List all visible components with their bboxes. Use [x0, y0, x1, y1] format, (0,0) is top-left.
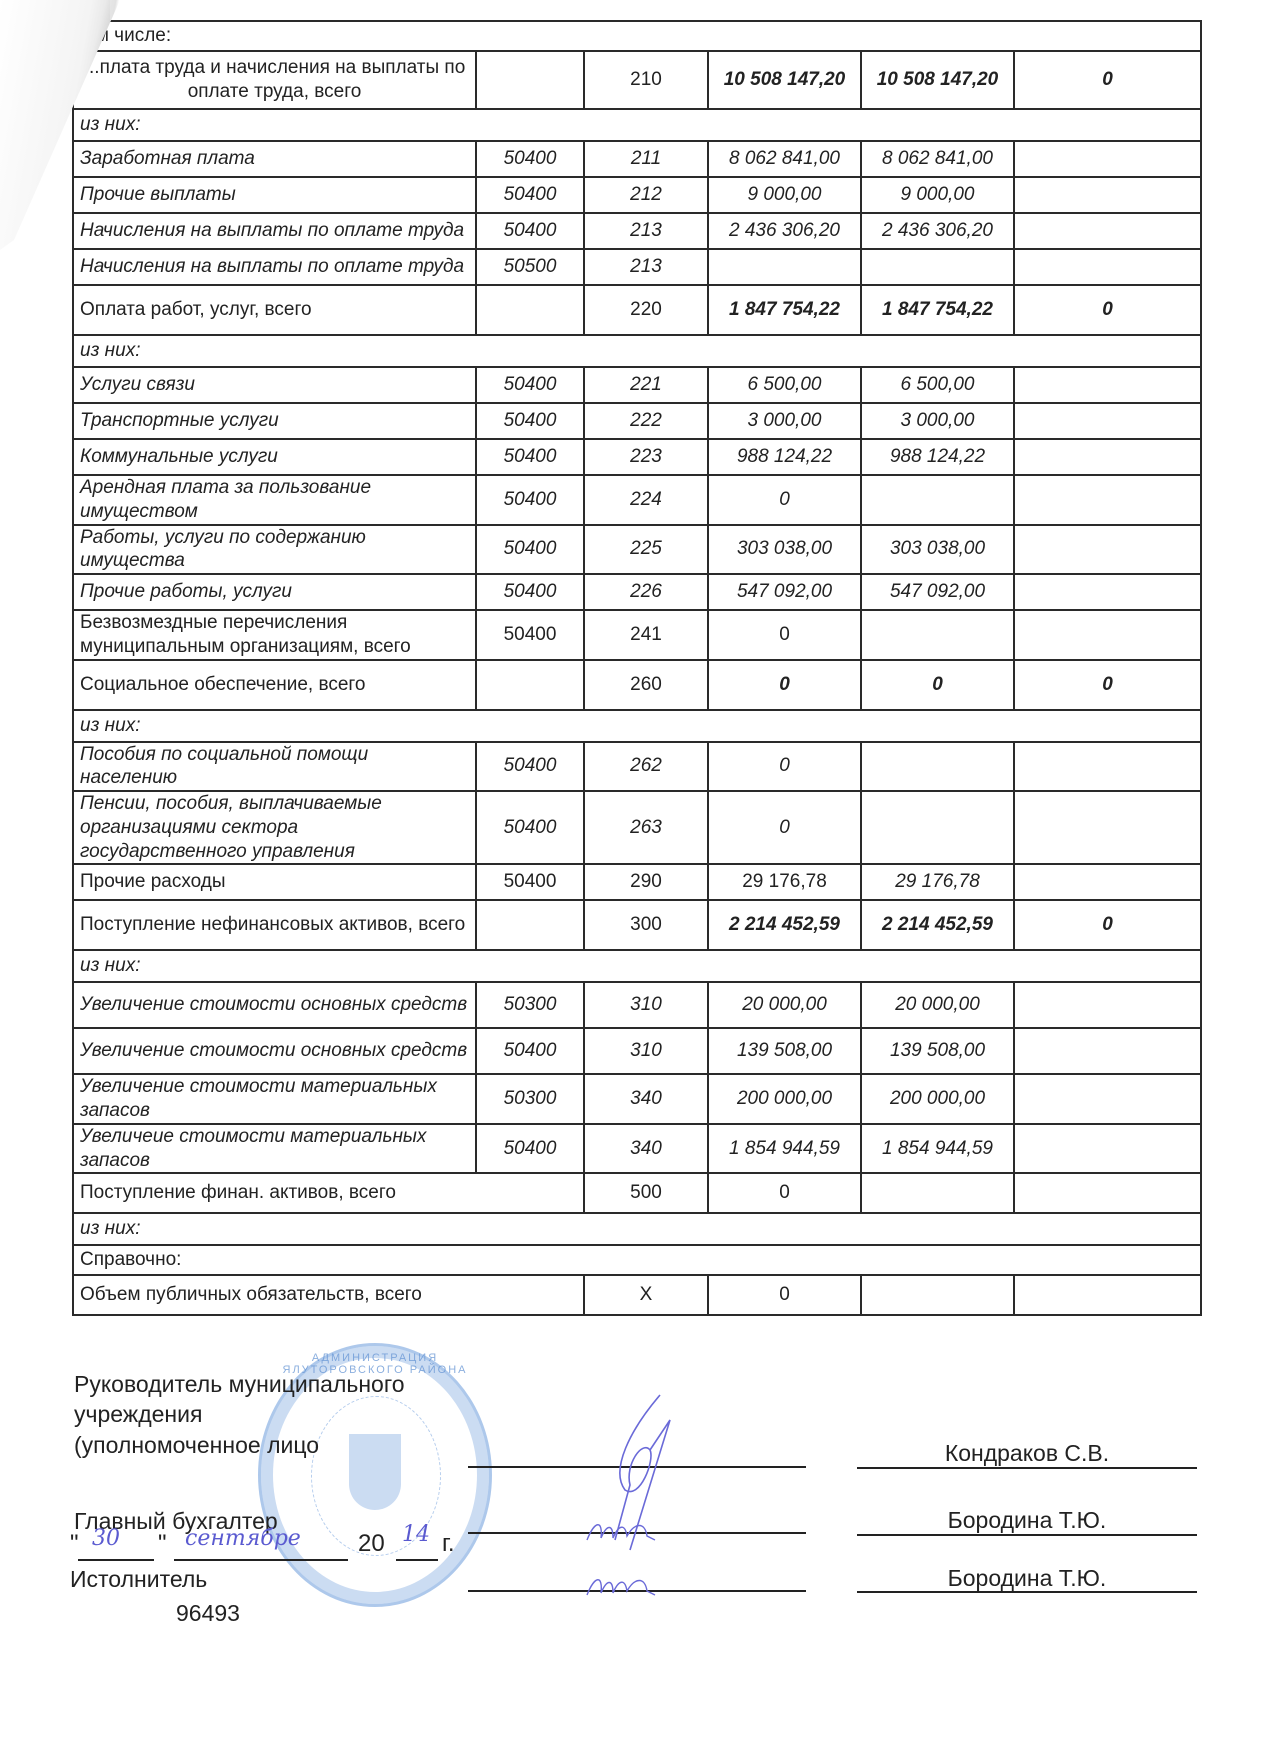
executor-label: Истолнитель: [70, 1565, 207, 1594]
subsidy-code: 50400: [476, 791, 584, 864]
table-row: Транспортные услуги504002223 000,003 000…: [73, 403, 1201, 439]
subsidy-code: 50400: [476, 475, 584, 525]
table-row: ...м числе:: [73, 21, 1201, 51]
subsidy-code: 50400: [476, 367, 584, 403]
official-stamp: АДМИНИСТРАЦИЯ ЯЛУТОРОВСКОГО РАЙОНА: [258, 1343, 492, 1607]
head-label-2: учреждения: [74, 1400, 202, 1429]
executor-signature-line: [468, 1590, 806, 1592]
fact-value: 200 000,00: [861, 1074, 1014, 1124]
head-name-line: [857, 1467, 1197, 1469]
row-name: Увеличение стоимости основных средств: [73, 982, 476, 1028]
deviation-value: [1014, 177, 1201, 213]
section-label: из них:: [73, 335, 1201, 367]
row-name: Увеличеие стоимости материальных запасов: [73, 1124, 476, 1174]
kosgu-code: 310: [584, 982, 708, 1028]
deviation-value: [1014, 864, 1201, 900]
plan-value: 0: [708, 1275, 861, 1315]
row-name: Работы, услуги по содержанию имущества: [73, 525, 476, 575]
deviation-value: [1014, 982, 1201, 1028]
date-close-quote: ": [158, 1530, 167, 1558]
table-row: Поступление нефинансовых активов, всего3…: [73, 900, 1201, 950]
subsidy-code: 50400: [476, 742, 584, 792]
executor-name: Бородина Т.Ю.: [857, 1565, 1197, 1592]
subsidy-code: [476, 660, 584, 710]
table-row: Прочие расходы5040029029 176,7829 176,78: [73, 864, 1201, 900]
kosgu-code: 224: [584, 475, 708, 525]
plan-value: 988 124,22: [708, 439, 861, 475]
table-row: Начисления на выплаты по оплате труда504…: [73, 213, 1201, 249]
subsidy-code: 50400: [476, 610, 584, 660]
subsidy-code: 50400: [476, 439, 584, 475]
head-name: Кондраков С.В.: [857, 1440, 1197, 1467]
subsidy-code: 50400: [476, 1124, 584, 1174]
plan-value: 0: [708, 742, 861, 792]
kosgu-code: 223: [584, 439, 708, 475]
deviation-value: [1014, 1074, 1201, 1124]
row-name: Начисления на выплаты по оплате труда: [73, 249, 476, 285]
row-name: Услуги связи: [73, 367, 476, 403]
kosgu-code: 262: [584, 742, 708, 792]
plan-value: 10 508 147,20: [708, 51, 861, 109]
fact-value: [861, 791, 1014, 864]
plan-value: 303 038,00: [708, 525, 861, 575]
kosgu-code: 212: [584, 177, 708, 213]
coat-of-arms-icon: [349, 1434, 401, 1510]
stamp-inner-ring: [311, 1396, 441, 1556]
kosgu-code: 241: [584, 610, 708, 660]
subsidy-code: 50400: [476, 864, 584, 900]
plan-value: 0: [708, 610, 861, 660]
deviation-value: [1014, 1275, 1201, 1315]
deviation-value: [1014, 213, 1201, 249]
kosgu-code: X: [584, 1275, 708, 1315]
table-row: Увеличеие стоимости материальных запасов…: [73, 1124, 1201, 1174]
row-name: Объем публичных обязательств, всего: [73, 1275, 584, 1315]
subsidy-code: 50400: [476, 574, 584, 610]
kosgu-code: 340: [584, 1074, 708, 1124]
kosgu-code: 263: [584, 791, 708, 864]
row-name: Социальное обеспечение, всего: [73, 660, 476, 710]
head-signature-icon: [570, 1390, 730, 1560]
table-row: Оплата работ, услуг, всего2201 847 754,2…: [73, 285, 1201, 335]
deviation-value: [1014, 525, 1201, 575]
fact-value: 139 508,00: [861, 1028, 1014, 1074]
row-name: Поступление финан. активов, всего: [73, 1173, 584, 1213]
kosgu-code: 290: [584, 864, 708, 900]
table-row: Коммунальные услуги50400223988 124,22988…: [73, 439, 1201, 475]
plan-value: 0: [708, 660, 861, 710]
row-name: Транспортные услуги: [73, 403, 476, 439]
deviation-value: [1014, 249, 1201, 285]
kosgu-code: 300: [584, 900, 708, 950]
accountant-name-line: [857, 1534, 1197, 1536]
section-label: ...м числе:: [73, 21, 1201, 51]
subsidy-code: 50400: [476, 213, 584, 249]
date-year-suffix: 14: [402, 1522, 430, 1547]
budget-table: ...м числе:...плата труда и начисления н…: [72, 20, 1202, 1316]
table-row: Социальное обеспечение, всего260000: [73, 660, 1201, 710]
kosgu-code: 211: [584, 141, 708, 177]
plan-value: 0: [708, 1173, 861, 1213]
row-name: Прочие работы, услуги: [73, 574, 476, 610]
accountant-name: Бородина Т.Ю.: [857, 1507, 1197, 1534]
table-row: из них:: [73, 335, 1201, 367]
subsidy-code: 50400: [476, 403, 584, 439]
plan-value: 29 176,78: [708, 864, 861, 900]
kosgu-code: 220: [584, 285, 708, 335]
plan-value: 3 000,00: [708, 403, 861, 439]
table-row: Объем публичных обязательств, всегоX0: [73, 1275, 1201, 1315]
table-row: Безвозмездные перечисления муниципальным…: [73, 610, 1201, 660]
subsidy-code: 50400: [476, 141, 584, 177]
date-day: 30: [92, 1526, 120, 1551]
table-row: Увеличение стоимости основных средств503…: [73, 982, 1201, 1028]
fact-value: 2 436 306,20: [861, 213, 1014, 249]
plan-value: 0: [708, 475, 861, 525]
deviation-value: [1014, 574, 1201, 610]
fact-value: [861, 1275, 1014, 1315]
table-row: Прочие выплаты504002129 000,009 000,00: [73, 177, 1201, 213]
row-name: Увеличение стоимости основных средств: [73, 1028, 476, 1074]
fact-value: 9 000,00: [861, 177, 1014, 213]
head-label-3: (уполномоченное лицо: [74, 1431, 319, 1460]
fact-value: [861, 1173, 1014, 1213]
table-row: Арендная плата за пользование имуществом…: [73, 475, 1201, 525]
plan-value: [708, 249, 861, 285]
plan-value: 200 000,00: [708, 1074, 861, 1124]
kosgu-code: 225: [584, 525, 708, 575]
plan-value: 1 854 944,59: [708, 1124, 861, 1174]
table-row: Прочие работы, услуги50400226547 092,005…: [73, 574, 1201, 610]
row-name: Прочие расходы: [73, 864, 476, 900]
table-row: Пенсии, пособия, выплачиваемые организац…: [73, 791, 1201, 864]
fact-value: [861, 249, 1014, 285]
section-label: из них:: [73, 109, 1201, 141]
deviation-value: [1014, 141, 1201, 177]
row-name: Арендная плата за пользование имуществом: [73, 475, 476, 525]
subsidy-code: 50300: [476, 1074, 584, 1124]
stamp-text: АДМИНИСТРАЦИЯ ЯЛУТОРОВСКОГО РАЙОНА: [261, 1352, 489, 1376]
fact-value: 3 000,00: [861, 403, 1014, 439]
kosgu-code: 222: [584, 403, 708, 439]
kosgu-code: 221: [584, 367, 708, 403]
deviation-value: [1014, 791, 1201, 864]
fact-value: 2 214 452,59: [861, 900, 1014, 950]
row-name: Пособия по социальной помощи населению: [73, 742, 476, 792]
fact-value: 988 124,22: [861, 439, 1014, 475]
plan-value: 20 000,00: [708, 982, 861, 1028]
deviation-value: 0: [1014, 285, 1201, 335]
table-row: Пособия по социальной помощи населению50…: [73, 742, 1201, 792]
date-month-line: [174, 1559, 348, 1561]
plan-value: 9 000,00: [708, 177, 861, 213]
row-name: Прочие выплаты: [73, 177, 476, 213]
deviation-value: [1014, 1173, 1201, 1213]
table-row: из них:: [73, 109, 1201, 141]
deviation-value: [1014, 742, 1201, 792]
plan-value: 0: [708, 791, 861, 864]
fact-value: 8 062 841,00: [861, 141, 1014, 177]
fact-value: 6 500,00: [861, 367, 1014, 403]
table-row: ...плата труда и начисления на выплаты п…: [73, 51, 1201, 109]
date-open-quote: ": [70, 1530, 79, 1558]
section-label: из них:: [73, 710, 1201, 742]
row-name: Безвозмездные перечисления муниципальным…: [73, 610, 476, 660]
date-year-unit: г.: [442, 1530, 455, 1558]
row-name: Оплата работ, услуг, всего: [73, 285, 476, 335]
subsidy-code: 50500: [476, 249, 584, 285]
subsidy-code: [476, 51, 584, 109]
deviation-value: [1014, 475, 1201, 525]
row-name: ...плата труда и начисления на выплаты п…: [73, 51, 476, 109]
deviation-value: [1014, 610, 1201, 660]
section-label: Справочно:: [73, 1245, 1201, 1275]
section-label: из них:: [73, 1213, 1201, 1245]
deviation-value: [1014, 367, 1201, 403]
head-signature-line: [468, 1466, 806, 1468]
deviation-value: [1014, 439, 1201, 475]
row-name: Увеличение стоимости материальных запасо…: [73, 1074, 476, 1124]
fact-value: 303 038,00: [861, 525, 1014, 575]
plan-value: 139 508,00: [708, 1028, 861, 1074]
deviation-value: 0: [1014, 900, 1201, 950]
plan-value: 2 436 306,20: [708, 213, 861, 249]
kosgu-code: 226: [584, 574, 708, 610]
plan-value: 547 092,00: [708, 574, 861, 610]
section-label: из них:: [73, 950, 1201, 982]
kosgu-code: 340: [584, 1124, 708, 1174]
kosgu-code: 210: [584, 51, 708, 109]
deviation-value: [1014, 1028, 1201, 1074]
fact-value: 1 854 944,59: [861, 1124, 1014, 1174]
fact-value: 547 092,00: [861, 574, 1014, 610]
kosgu-code: 213: [584, 213, 708, 249]
table-row: Начисления на выплаты по оплате труда505…: [73, 249, 1201, 285]
date-year-prefix: 20: [358, 1530, 385, 1558]
subsidy-code: [476, 285, 584, 335]
deviation-value: [1014, 403, 1201, 439]
kosgu-code: 260: [584, 660, 708, 710]
plan-value: 6 500,00: [708, 367, 861, 403]
head-label-1: Руководитель муниципального: [74, 1370, 405, 1399]
deviation-value: [1014, 1124, 1201, 1174]
subsidy-code: 50400: [476, 525, 584, 575]
accountant-signature-line: [468, 1532, 806, 1534]
fact-value: 10 508 147,20: [861, 51, 1014, 109]
date-year-line: [396, 1559, 438, 1561]
subsidy-code: [476, 900, 584, 950]
accountant-label: Главный бухгалтер: [74, 1507, 278, 1536]
row-name: Заработная плата: [73, 141, 476, 177]
plan-value: 1 847 754,22: [708, 285, 861, 335]
table-row: Справочно:: [73, 1245, 1201, 1275]
fact-value: [861, 742, 1014, 792]
accountant-signature-icon: [585, 1510, 665, 1550]
deviation-value: 0: [1014, 51, 1201, 109]
table-row: из них:: [73, 950, 1201, 982]
executor-name-line: [857, 1591, 1197, 1593]
table-row: из них:: [73, 1213, 1201, 1245]
kosgu-code: 500: [584, 1173, 708, 1213]
date-month: сентябре: [185, 1526, 301, 1551]
row-name: Поступление нефинансовых активов, всего: [73, 900, 476, 950]
row-name: Коммунальные услуги: [73, 439, 476, 475]
table-row: из них:: [73, 710, 1201, 742]
fact-value: [861, 475, 1014, 525]
fact-value: 29 176,78: [861, 864, 1014, 900]
row-name: Пенсии, пособия, выплачиваемые организац…: [73, 791, 476, 864]
table-row: Заработная плата504002118 062 841,008 06…: [73, 141, 1201, 177]
fact-value: [861, 610, 1014, 660]
executor-signature-icon: [585, 1565, 665, 1605]
table-row: Увеличение стоимости материальных запасо…: [73, 1074, 1201, 1124]
table-row: Работы, услуги по содержанию имущества50…: [73, 525, 1201, 575]
table-row: Увеличение стоимости основных средств504…: [73, 1028, 1201, 1074]
subsidy-code: 50400: [476, 177, 584, 213]
kosgu-code: 213: [584, 249, 708, 285]
date-day-line: [78, 1559, 154, 1561]
table-row: Услуги связи504002216 500,006 500,00: [73, 367, 1201, 403]
plan-value: 8 062 841,00: [708, 141, 861, 177]
table-row: Поступление финан. активов, всего5000: [73, 1173, 1201, 1213]
fact-value: 0: [861, 660, 1014, 710]
fact-value: 20 000,00: [861, 982, 1014, 1028]
kosgu-code: 310: [584, 1028, 708, 1074]
fact-value: 1 847 754,22: [861, 285, 1014, 335]
executor-phone: 96493: [176, 1599, 240, 1628]
row-name: Начисления на выплаты по оплате труда: [73, 213, 476, 249]
deviation-value: 0: [1014, 660, 1201, 710]
plan-value: 2 214 452,59: [708, 900, 861, 950]
subsidy-code: 50300: [476, 982, 584, 1028]
subsidy-code: 50400: [476, 1028, 584, 1074]
